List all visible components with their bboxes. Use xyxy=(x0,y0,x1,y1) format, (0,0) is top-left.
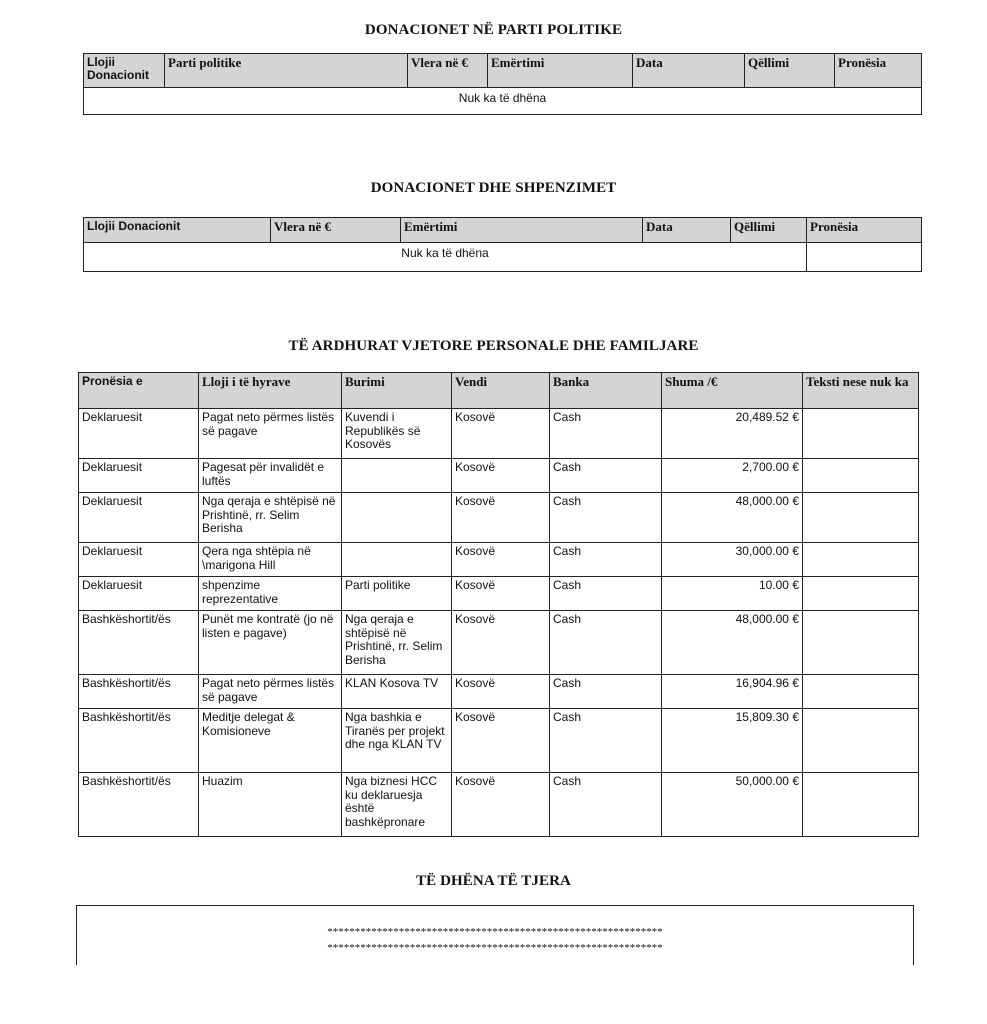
table-row: Nuk ka të dhëna xyxy=(84,243,922,272)
cell-amount: 30,000.00 € xyxy=(662,543,803,577)
table-header-row: Pronësia e Lloji i të hyrave Burimi Vend… xyxy=(79,373,919,409)
table-row: Bashkëshortit/ësHuazimNga biznesi HCC ku… xyxy=(79,773,919,837)
column-header: Qëllimi xyxy=(745,54,835,88)
cell-owner: Bashkëshortit/ës xyxy=(79,709,199,773)
empty-state-text: Nuk ka të dhëna xyxy=(84,243,807,272)
cell-type: Meditje delegat & Komisioneve xyxy=(199,709,342,773)
cell-source: KLAN Kosova TV xyxy=(342,675,452,709)
cell-bank: Cash xyxy=(550,611,662,675)
cell-amount: 16,904.96 € xyxy=(662,675,803,709)
donations-expenses-table: Llojii Donacionit Vlera në € Emërtimi Da… xyxy=(83,217,922,272)
cell-source xyxy=(342,459,452,493)
cell-country: Kosovë xyxy=(452,409,550,459)
column-header: Emërtimi xyxy=(488,54,633,88)
cell-source: Parti politike xyxy=(342,577,452,611)
cell-amount: 2,700.00 € xyxy=(662,459,803,493)
cell-note xyxy=(803,675,919,709)
column-header: Shuma /€ xyxy=(662,373,803,409)
cell-owner: Bashkëshortit/ës xyxy=(79,773,199,837)
cell-amount: 10.00 € xyxy=(662,577,803,611)
cell-note xyxy=(803,577,919,611)
party-donations-table: Llojii Donacionit Parti politike Vlera n… xyxy=(83,53,922,115)
cell-owner: Deklaruesit xyxy=(79,493,199,543)
cell-owner: Bashkëshortit/ës xyxy=(79,611,199,675)
cell-amount: 20,489.52 € xyxy=(662,409,803,459)
cell-source xyxy=(342,493,452,543)
cell-type: shpenzime reprezentative xyxy=(199,577,342,611)
cell-type: Pagesat për invalidët e luftës xyxy=(199,459,342,493)
cell-owner: Deklaruesit xyxy=(79,543,199,577)
table-header-row: Llojii Donacionit Vlera në € Emërtimi Da… xyxy=(84,218,922,243)
cell-type: Pagat neto përmes listës së pagave xyxy=(199,675,342,709)
cell-owner: Deklaruesit xyxy=(79,459,199,493)
cell-source xyxy=(342,543,452,577)
section-title-other-data: TË DHËNA TË TJERA xyxy=(0,873,987,890)
cell-type: Huazim xyxy=(199,773,342,837)
table-row: Nuk ka të dhëna xyxy=(84,88,922,115)
cell-amount: 48,000.00 € xyxy=(662,611,803,675)
cell-note xyxy=(803,709,919,773)
cell-country: Kosovë xyxy=(452,577,550,611)
column-header: Pronësia xyxy=(807,218,922,243)
column-header: Data xyxy=(643,218,731,243)
cell-note xyxy=(803,773,919,837)
cell-country: Kosovë xyxy=(452,493,550,543)
cell-owner: Bashkëshortit/ës xyxy=(79,675,199,709)
cell-country: Kosovë xyxy=(452,773,550,837)
cell-bank: Cash xyxy=(550,409,662,459)
column-header: Pronësia xyxy=(835,54,922,88)
page-edge xyxy=(0,965,987,1024)
cell-amount: 48,000.00 € xyxy=(662,493,803,543)
column-header: Vlera në € xyxy=(408,54,488,88)
column-header: Lloji i të hyrave xyxy=(199,373,342,409)
cell-country: Kosovë xyxy=(452,459,550,493)
table-cell xyxy=(807,243,922,272)
cell-country: Kosovë xyxy=(452,543,550,577)
table-row: DeklaruesitPagesat për invalidët e luftë… xyxy=(79,459,919,493)
cell-owner: Deklaruesit xyxy=(79,409,199,459)
column-header: Emërtimi xyxy=(401,218,643,243)
table-row: DeklaruesitQera nga shtëpia në \marigona… xyxy=(79,543,919,577)
section-title-party-donations: DONACIONET NË PARTI POLITIKE xyxy=(0,22,987,39)
cell-note xyxy=(803,409,919,459)
table-row: Bashkëshortit/ësPagat neto përmes listës… xyxy=(79,675,919,709)
table-row: Deklaruesitshpenzime reprezentativeParti… xyxy=(79,577,919,611)
cell-note xyxy=(803,543,919,577)
redacted-line: ****************************************… xyxy=(77,940,913,956)
cell-note xyxy=(803,493,919,543)
cell-country: Kosovë xyxy=(452,611,550,675)
column-header: Banka xyxy=(550,373,662,409)
table-header-row: Llojii Donacionit Parti politike Vlera n… xyxy=(84,54,922,88)
cell-source: Nga biznesi HCC ku deklaruesja është bas… xyxy=(342,773,452,837)
column-header: Burimi xyxy=(342,373,452,409)
column-header: Llojii Donacionit xyxy=(84,218,271,243)
cell-source: Nga bashkia e Tiranës per projekt dhe ng… xyxy=(342,709,452,773)
cell-note xyxy=(803,611,919,675)
table-row: Bashkëshortit/ësPunët me kontratë (jo në… xyxy=(79,611,919,675)
cell-type: Pagat neto përmes listës së pagave xyxy=(199,409,342,459)
cell-type: Nga qeraja e shtëpisë në Prishtinë, rr. … xyxy=(199,493,342,543)
table-row: Bashkëshortit/ësMeditje delegat & Komisi… xyxy=(79,709,919,773)
annual-income-table: Pronësia e Lloji i të hyrave Burimi Vend… xyxy=(78,372,919,837)
cell-type: Punët me kontratë (jo në listen e pagave… xyxy=(199,611,342,675)
cell-bank: Cash xyxy=(550,709,662,773)
column-header: Pronësia e xyxy=(79,373,199,409)
column-header: Data xyxy=(633,54,745,88)
cell-bank: Cash xyxy=(550,493,662,543)
column-header: Vlera në € xyxy=(271,218,401,243)
cell-bank: Cash xyxy=(550,543,662,577)
redacted-line: ****************************************… xyxy=(77,924,913,940)
cell-source: Kuvendi i Republikës së Kosovës xyxy=(342,409,452,459)
table-row: DeklaruesitNga qeraja e shtëpisë në Pris… xyxy=(79,493,919,543)
cell-bank: Cash xyxy=(550,675,662,709)
column-header: Teksti nese nuk ka xyxy=(803,373,919,409)
cell-bank: Cash xyxy=(550,459,662,493)
cell-note xyxy=(803,459,919,493)
cell-amount: 15,809.30 € xyxy=(662,709,803,773)
column-header: Parti politike xyxy=(165,54,408,88)
cell-owner: Deklaruesit xyxy=(79,577,199,611)
empty-state-text: Nuk ka të dhëna xyxy=(84,88,922,115)
section-title-donations-expenses: DONACIONET DHE SHPENZIMET xyxy=(0,180,987,197)
cell-country: Kosovë xyxy=(452,675,550,709)
cell-type: Qera nga shtëpia në \marigona Hill xyxy=(199,543,342,577)
cell-source: Nga qeraja e shtëpisë në Prishtinë, rr. … xyxy=(342,611,452,675)
column-header: Vendi xyxy=(452,373,550,409)
cell-bank: Cash xyxy=(550,577,662,611)
section-title-annual-income: TË ARDHURAT VJETORE PERSONALE DHE FAMILJ… xyxy=(0,338,987,355)
cell-country: Kosovë xyxy=(452,709,550,773)
column-header: Qëllimi xyxy=(731,218,807,243)
cell-bank: Cash xyxy=(550,773,662,837)
column-header: Llojii Donacionit xyxy=(84,54,165,88)
table-row: DeklaruesitPagat neto përmes listës së p… xyxy=(79,409,919,459)
cell-amount: 50,000.00 € xyxy=(662,773,803,837)
